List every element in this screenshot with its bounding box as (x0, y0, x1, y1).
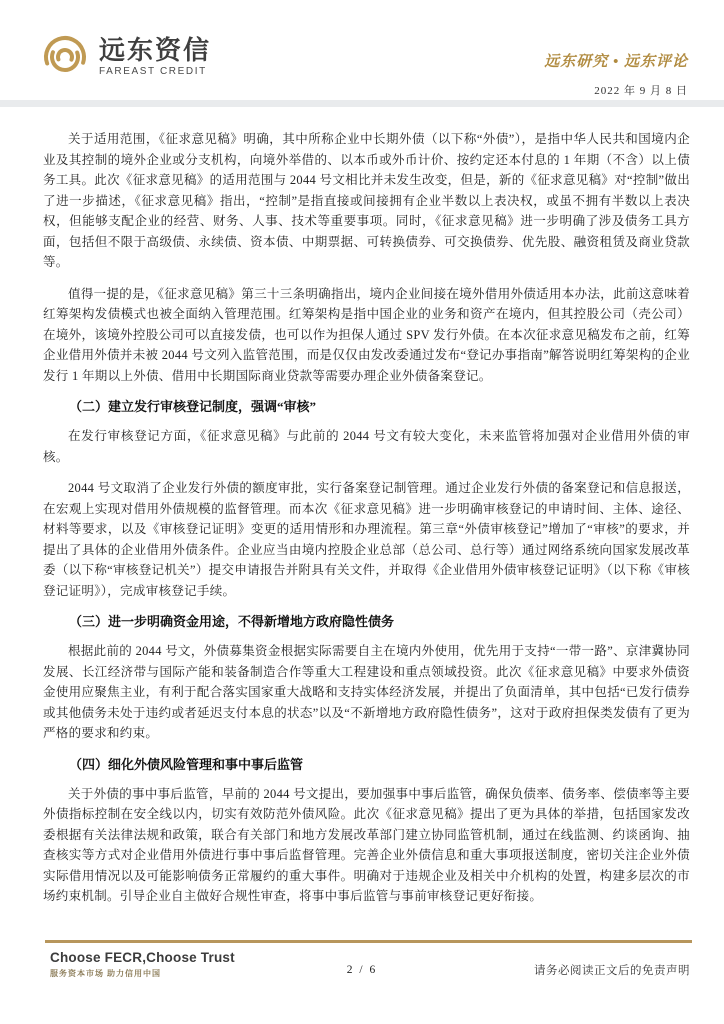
company-logo: 远东资信 FAREAST CREDIT (40, 34, 211, 80)
footer-disclaimer: 请务必阅读正文后的免责声明 (534, 962, 690, 978)
section-heading: （三）进一步明确资金用途，不得新增地方政府隐性债务 (43, 612, 690, 632)
footer-slogan-en: Choose FECR,Choose Trust (50, 950, 235, 965)
footer-divider (45, 940, 692, 943)
page-header: 远东资信 FAREAST CREDIT 远东研究 • 远东评论 2022 年 9… (0, 0, 724, 100)
header-divider (0, 100, 724, 107)
logo-name-en: FAREAST CREDIT (99, 66, 211, 77)
report-series-title: 远东研究 • 远东评论 (544, 50, 688, 71)
logo-text: 远东资信 FAREAST CREDIT (99, 37, 211, 77)
document-page: 远东资信 FAREAST CREDIT 远东研究 • 远东评论 2022 年 9… (0, 0, 724, 1024)
logo-name-cn: 远东资信 (99, 37, 211, 64)
section-heading: （四）细化外债风险管理和事中事后监管 (43, 755, 690, 775)
body-paragraph: 2044 号文取消了企业发行外债的额度审批，实行备案登记制管理。通过企业发行外债… (43, 478, 690, 601)
section-heading: （二）建立发行审核登记制度，强调“审核” (43, 397, 690, 417)
body-paragraph: 在发行审核登记方面，《征求意见稿》与此前的 2044 号文有较大变化，未来监管将… (43, 426, 690, 467)
body-paragraph: 值得一提的是，《征求意见稿》第三十三条明确指出，境内企业间接在境外借用外债适用本… (43, 284, 690, 387)
document-body: 关于适用范围，《征求意见稿》明确，其中所称企业中长期外债（以下称“外债”），是指… (43, 129, 690, 932)
report-date: 2022 年 9 月 8 日 (594, 82, 688, 98)
fareast-credit-swirl-icon (40, 34, 90, 80)
page-footer: Choose FECR,Choose Trust 服务资本市场 助力信用中国 2… (0, 940, 724, 1024)
body-paragraph: 关于外债的事中事后监管，早前的 2044 号文提出，要加强事中事后监管，确保负债… (43, 784, 690, 907)
body-paragraph: 关于适用范围，《征求意见稿》明确，其中所称企业中长期外债（以下称“外债”），是指… (43, 129, 690, 273)
body-paragraph: 根据此前的 2044 号文，外债募集资金根据实际需要自主在境内外使用，优先用于支… (43, 641, 690, 744)
